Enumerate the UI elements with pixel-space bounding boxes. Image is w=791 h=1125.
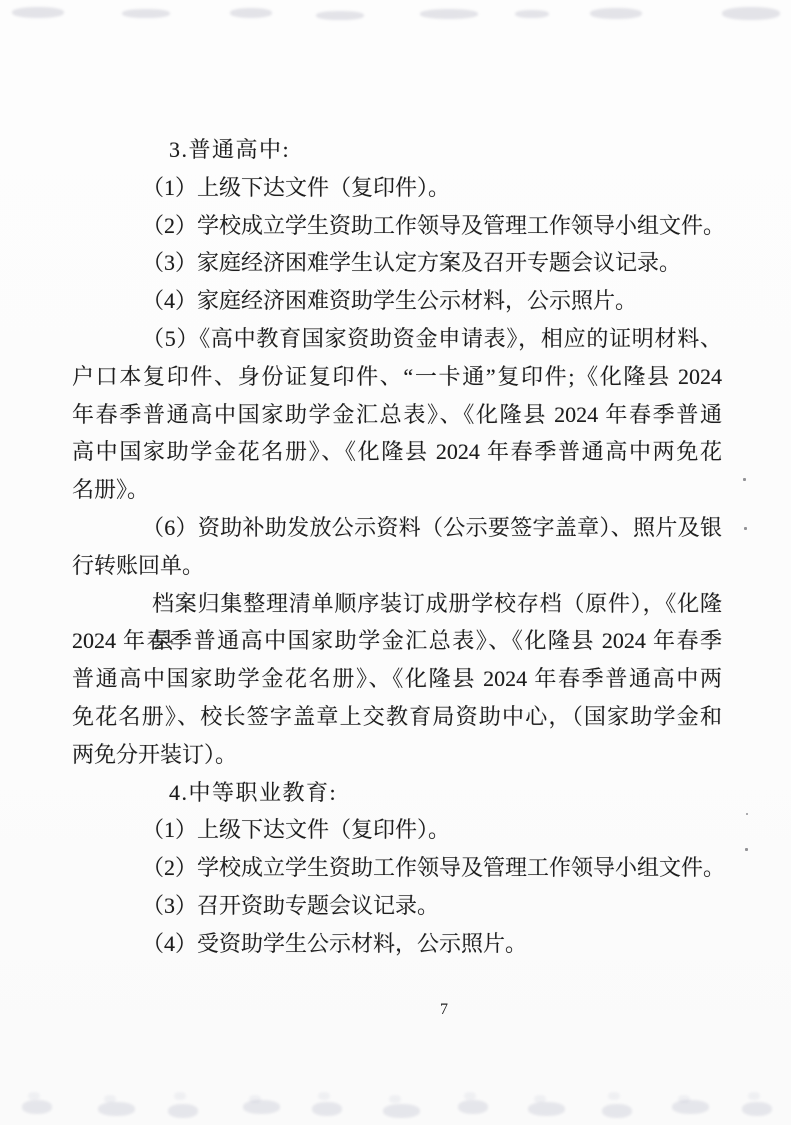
text-line: 户口本复印件、身份证复印件、“一卡通”复印件;《化隆县 2024 — [72, 358, 722, 396]
text-line: （4）家庭经济困难资助学生公示材料，公示照片。 — [72, 282, 722, 320]
text-line: 2024 年春季普通高中国家助学金汇总表》、《化隆县 2024 年春季 — [72, 622, 722, 660]
text-line: （1）上级下达文件（复印件）。 — [72, 811, 722, 849]
text-line: 档案归集整理清单顺序装订成册学校存档（原件），《化隆县 — [72, 585, 722, 623]
text-line: 年春季普通高中国家助学金汇总表》、《化隆县 2024 年春季普通 — [72, 396, 722, 434]
scan-smudge-bottom — [608, 1092, 620, 1100]
scan-smudge-top — [230, 8, 272, 18]
text-line: （1）上级下达文件（复印件）。 — [72, 169, 722, 207]
scan-speck — [745, 848, 748, 851]
text-line: （2）学校成立学生资助工作领导及管理工作领导小组文件。 — [72, 207, 722, 245]
scan-smudge-bottom — [748, 1092, 760, 1100]
text-line: （6）资助补助发放公示资料（公示要签字盖章）、照片及银 — [72, 509, 722, 547]
scan-speck — [743, 478, 746, 481]
text-line: （3）家庭经济困难学生认定方案及召开专题会议记录。 — [72, 244, 722, 282]
scan-smudge-bottom — [168, 1104, 198, 1118]
text-line: （3）召开资助专题会议记录。 — [72, 887, 722, 925]
scan-smudge-bottom — [243, 1100, 280, 1114]
scan-smudge-bottom — [602, 1104, 632, 1118]
section-heading-line: 4.中等职业教育: — [72, 774, 722, 812]
document-page: 3.普通高中:（1）上级下达文件（复印件）。（2）学校成立学生资助工作领导及管理… — [0, 0, 791, 1125]
text-line: 名册》。 — [72, 471, 722, 509]
text-line: （4）受资助学生公示材料，公示照片。 — [72, 925, 722, 963]
scan-smudge-bottom — [249, 1095, 261, 1103]
scan-smudge-bottom — [104, 1095, 116, 1103]
scan-smudge-top — [515, 10, 549, 18]
scan-smudge-top — [722, 7, 780, 20]
text-line: 普通高中国家助学金花名册》、《化隆县 2024 年春季普通高中两 — [72, 660, 722, 698]
text-line: （5）《高中教育国家资助资金申请表》，相应的证明材料、 — [72, 320, 722, 358]
text-line: 高中国家助学金花名册》、《化隆县 2024 年春季普通高中两免花 — [72, 433, 722, 471]
scan-smudge-bottom — [534, 1095, 546, 1103]
scan-smudge-bottom — [28, 1092, 40, 1100]
scan-smudge-bottom — [98, 1102, 135, 1116]
scan-smudge-bottom — [174, 1092, 186, 1100]
scan-smudge-bottom — [678, 1095, 690, 1103]
section-heading-line: 3.普通高中: — [72, 131, 722, 169]
text-line: 行转账回单。 — [72, 547, 722, 585]
scan-smudge-top — [12, 7, 64, 18]
scan-smudge-bottom — [22, 1100, 52, 1114]
scan-smudge-bottom — [389, 1095, 401, 1103]
text-line: （2）学校成立学生资助工作领导及管理工作领导小组文件。 — [72, 849, 722, 887]
page-number: 7 — [434, 1001, 454, 1019]
scan-smudge-bottom — [672, 1100, 709, 1114]
scan-smudge-bottom — [383, 1104, 420, 1118]
scan-smudge-bottom — [318, 1092, 330, 1100]
scan-smudge-top — [590, 8, 642, 19]
text-line: 两免分开装订）。 — [72, 736, 722, 774]
scan-smudge-bottom — [458, 1100, 488, 1114]
text-line: 免花名册》、校长签字盖章上交教育局资助中心，（国家助学金和 — [72, 698, 722, 736]
scan-speck — [746, 813, 748, 815]
scan-smudge-bottom — [464, 1092, 476, 1100]
document-body: 3.普通高中:（1）上级下达文件（复印件）。（2）学校成立学生资助工作领导及管理… — [72, 131, 722, 963]
scan-smudge-top — [122, 9, 170, 18]
scan-speck — [744, 527, 747, 530]
scan-smudge-bottom — [742, 1102, 772, 1116]
scan-smudge-bottom — [312, 1102, 342, 1116]
scan-smudge-bottom — [528, 1102, 565, 1116]
scan-smudge-top — [420, 9, 478, 19]
scan-smudge-top — [316, 11, 364, 20]
